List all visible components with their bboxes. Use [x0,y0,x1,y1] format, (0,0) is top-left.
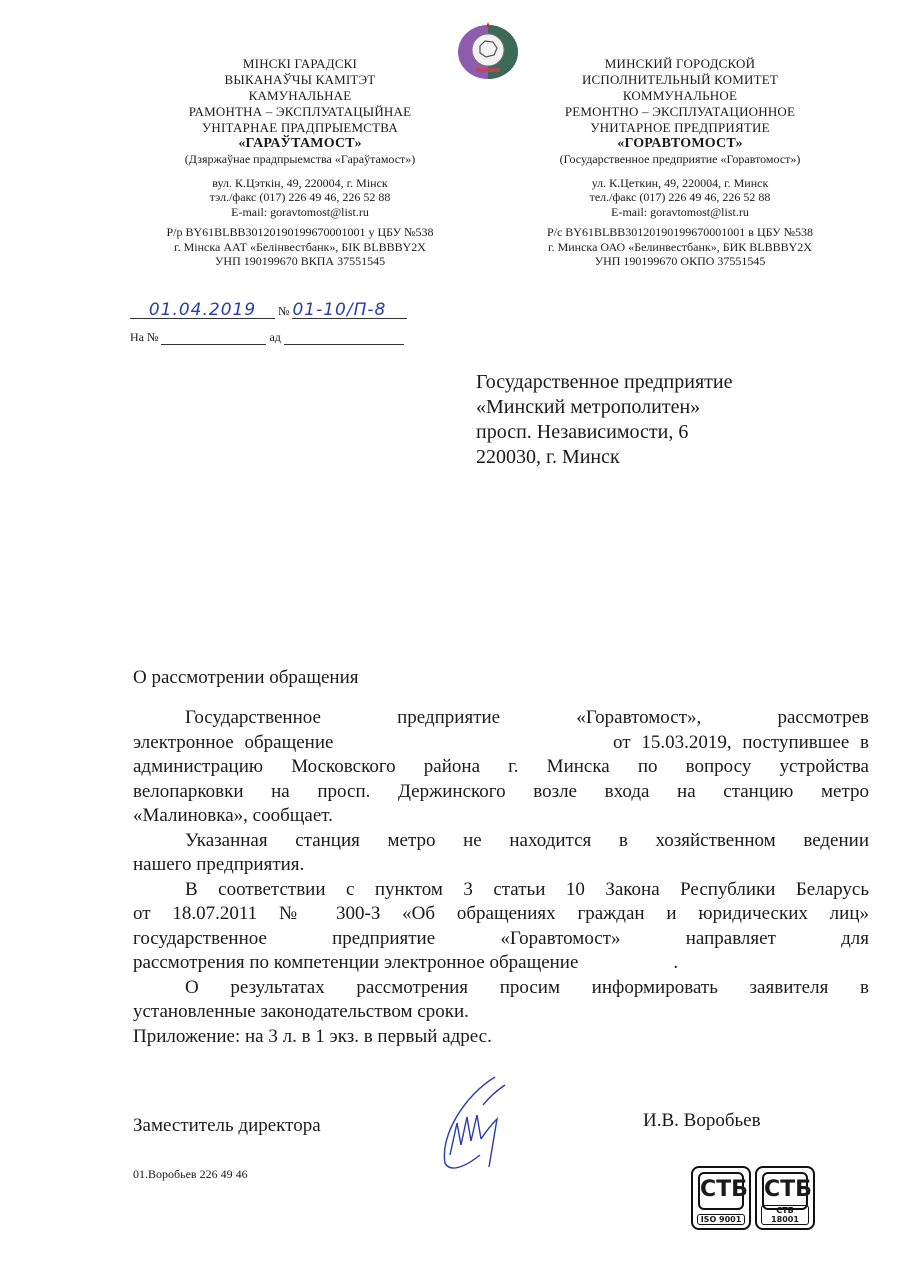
org-email: E-mail: goravtomost@list.ru [150,205,450,220]
certification-caption: СТБ 18001 [761,1205,809,1225]
certification-badge-iso-9001: СТБ ISO 9001 [691,1166,751,1230]
body-line: электронное обращение от 15.03.2019, пос… [133,731,869,756]
org-bank-name: г. Мінска ААТ «Белінвестбанк», БІК BLBBB… [150,240,450,255]
letterhead-russian: МИНСКИЙ ГОРОДСКОЙ ИСПОЛНИТЕЛЬНЫЙ КОМИТЕТ… [530,56,830,269]
org-line: УНІТАРНАЕ ПРАДПРЫЕМСТВА [150,120,450,136]
signer-position: Заместитель директора [133,1115,321,1137]
coat-of-arms-icon [452,20,524,82]
outgoing-registration: 01.04.2019 № 01-10/П-8 [130,300,430,319]
reply-label: На № [130,330,158,344]
org-ids: УНП 190199670 ВКПА 37551545 [150,254,450,269]
addressee-line: «Минский метрополитен» [476,395,732,420]
body-line: «Малиновка», сообщает. [133,804,869,829]
org-brand: «ГАРАЎТАМОСТ» [150,136,450,152]
addressee-line: Государственное предприятие [476,370,732,395]
org-phone: тэл./факс (017) 226 49 46, 226 52 88 [150,190,450,205]
org-bank-name: г. Минска ОАО «Белинвестбанк», БИК BLBBB… [530,240,830,255]
certification-caption: ISO 9001 [697,1214,745,1225]
org-brand: «ГОРАВТОМОСТ» [530,136,830,152]
stb-logo-icon: СТБ [698,1172,744,1210]
org-line: ВЫКАНАЎЧЫ КАМІТЭТ [150,72,450,88]
body-line: В соответствии с пунктом 3 статьи 10 Зак… [133,878,869,903]
letterhead-belarusian: МІНСКІ ГАРАДСКІ ВЫКАНАЎЧЫ КАМІТЭТ КАМУНА… [150,56,450,269]
outgoing-date: 01.04.2019 [149,300,256,320]
body-line: рассмотрения по компетенции электронное … [133,951,869,976]
body-line: государственное предприятие «Горавтомост… [133,927,869,952]
body-line: велопарковки на просп. Держинского возле… [133,780,869,805]
body-line: нашего предприятия. [133,853,869,878]
org-bank-account: Р/р BY61BLBB30120190199670001001 у ЦБУ №… [150,225,450,240]
body-line: от 18.07.2011 № 300-З «Об обращениях гра… [133,902,869,927]
org-line: ИСПОЛНИТЕЛЬНЫЙ КОМИТЕТ [530,72,830,88]
org-line: РЕМОНТНО – ЭКСПЛУАТАЦИОННОЕ [530,104,830,120]
letter-subject: О рассмотрении обращения [133,667,359,689]
reply-reference: На № ад [130,330,430,345]
certification-badge-stb-18001: СТБ СТБ 18001 [755,1166,815,1230]
body-line: Государственное предприятие «Горавтомост… [133,706,869,731]
signer-name: И.В. Воробьев [643,1110,761,1132]
org-address: вул. К.Цэткін, 49, 220004, г. Мінск [150,176,450,191]
org-subtitle: (Дзяржаўнае прадпрыемства «Гараўтамост») [150,152,450,167]
org-line: МІНСКІ ГАРАДСКІ [150,56,450,72]
from-label: ад [269,330,280,344]
org-line: МИНСКИЙ ГОРОДСКОЙ [530,56,830,72]
body-line: установленные законодательством сроки. [133,1000,869,1025]
outgoing-number: 01-10/П-8 [292,300,386,320]
org-phone: тел./факс (017) 226 49 46, 226 52 88 [530,190,830,205]
body-line: администрацию Московского района г. Минс… [133,755,869,780]
org-ids: УНП 190199670 ОКПО 37551545 [530,254,830,269]
body-line: О результатах рассмотрения просим информ… [133,976,869,1001]
org-email: E-mail: goravtomost@list.ru [530,205,830,220]
org-line: КАМУНАЛЬНАЕ [150,88,450,104]
letter-body: Государственное предприятие «Горавтомост… [133,706,869,1049]
org-line: КОММУНАЛЬНОЕ [530,88,830,104]
org-line: РАМОНТНА – ЭКСПЛУАТАЦЫЙНАЕ [150,104,450,120]
org-line: УНИТАРНОЕ ПРЕДПРИЯТИЕ [530,120,830,136]
org-address: ул. К.Цеткин, 49, 220004, г. Минск [530,176,830,191]
handwritten-signature-icon [425,1075,540,1175]
body-line: Указанная станция метро не находится в х… [133,829,869,854]
attachment-note: Приложение: на 3 л. в 1 экз. в первый ад… [133,1025,869,1050]
addressee-block: Государственное предприятие «Минский мет… [476,370,732,470]
org-subtitle: (Государственное предприятие «Горавтомос… [530,152,830,167]
number-label: № [278,304,289,318]
org-bank-account: Р/с BY61BLBB30120190199670001001 в ЦБУ №… [530,225,830,240]
addressee-line: просп. Независимости, 6 [476,420,732,445]
executor-info: 01.Воробьев 226 49 46 [133,1167,248,1182]
addressee-line: 220030, г. Минск [476,445,732,470]
